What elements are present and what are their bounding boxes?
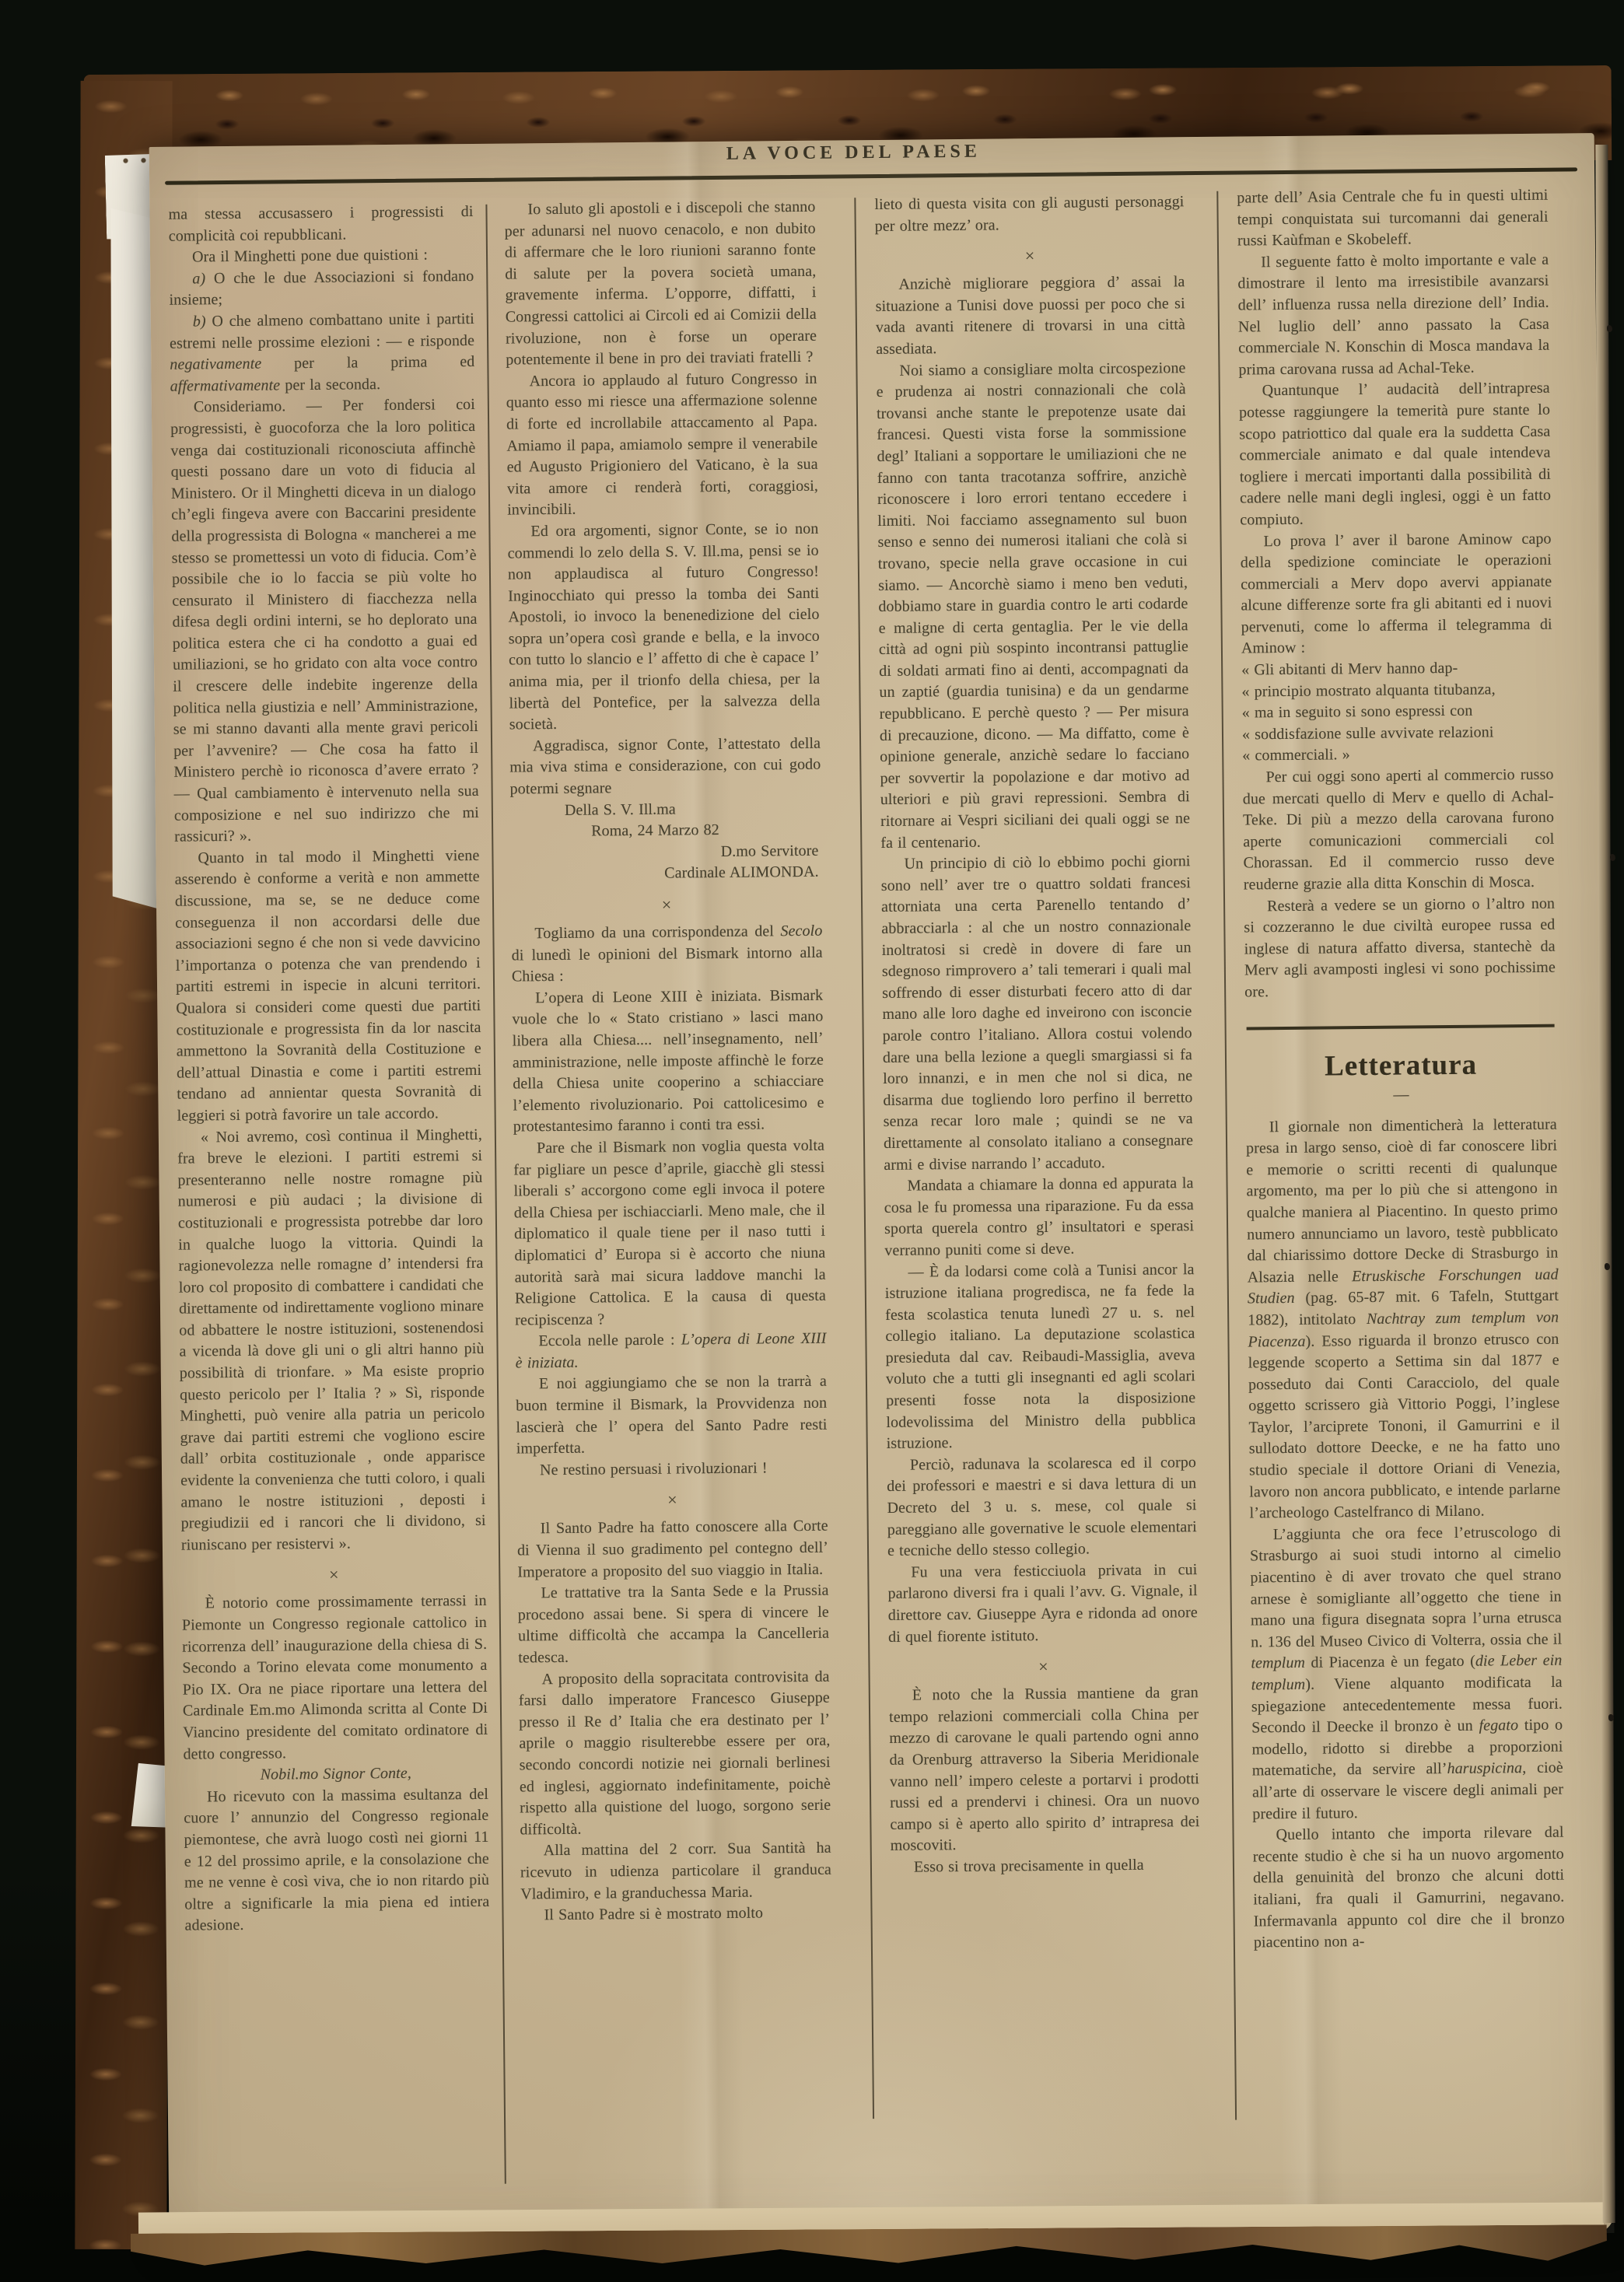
- paragraph: « Noi avremo, così continua il Minghetti…: [177, 1124, 486, 1556]
- paragraph: Ho ricevuto con la massima esultanza del…: [184, 1784, 490, 1937]
- telegram-line: « commerciali. »: [1242, 743, 1553, 767]
- paragraph: Mandata a chiamare la donna ed appurata …: [884, 1173, 1194, 1262]
- paragraph: Perciò, radunava la scolaresca ed il cor…: [887, 1452, 1197, 1563]
- text-column-4: parte dell’ Asia Centrale che fu in ques…: [1237, 185, 1565, 1954]
- letter-line: Della S. V. Ill.ma: [510, 797, 821, 821]
- paragraph: Per cui oggi sono aperti al commercio ru…: [1242, 765, 1555, 896]
- paragraph: lieto di questa visita con gli augusti p…: [874, 191, 1185, 237]
- paragraph: Ne restino persuasi i rivoluzionari !: [516, 1458, 828, 1482]
- edge-speck: [1607, 325, 1612, 332]
- paragraph: Lo prova l’ aver il barone Aminow capo d…: [1240, 528, 1552, 660]
- telegram-line: « ma in seguito si sono espressi con: [1242, 700, 1553, 724]
- paragraph: Quello intanto che importa rilevare dal …: [1252, 1822, 1565, 1954]
- paragraph: — È da lodarsi come colà a Tunisi ancor …: [884, 1259, 1195, 1455]
- paragraph: Il Santo Padre si è mostrato molto: [520, 1902, 831, 1927]
- masthead-rule: [165, 167, 1577, 184]
- edge-speck: [1608, 1714, 1614, 1721]
- paragraph: Resterà a vedere se un giorno o l’altro …: [1244, 893, 1556, 1003]
- paragraph: a) O che le due Associazioni si fondano …: [169, 266, 474, 312]
- telegram-line: « Gli abitanti di Merv hanno dap-: [1241, 657, 1552, 681]
- paragraph: Il Santo Padre ha fatto conoscere alla C…: [517, 1516, 829, 1584]
- column-divider-rule: [1216, 191, 1237, 2120]
- heading-dash: —: [1245, 1084, 1556, 1104]
- paragraph: Ed ora argomenti, signor Conte, se io no…: [507, 519, 821, 737]
- text-column-2: Io saluto gli apostoli e i discepoli che…: [504, 197, 831, 1927]
- paragraph: È notorio come prossimamente terrassi in…: [182, 1591, 488, 1766]
- letter-dateline: Roma, 24 Marzo 82: [510, 819, 821, 843]
- edge-speck: [1610, 854, 1615, 861]
- paragraph: Ancora io applaudo al futuro Congresso i…: [506, 368, 818, 521]
- section-rule: [1247, 1024, 1555, 1030]
- paragraph: Consideriamo. — Per fondersi coi progres…: [170, 394, 480, 848]
- section-divider: ×: [181, 1563, 486, 1587]
- paragraph: Quantunque l’ audacità dell’intrapresa p…: [1239, 378, 1552, 531]
- section-divider: ×: [875, 244, 1185, 268]
- letter-salutation: Nobil.mo Signor Conte,: [184, 1762, 488, 1787]
- edge-speck: [1605, 1263, 1610, 1270]
- section-divider: ×: [516, 1489, 828, 1512]
- masthead-title: LA VOCE DEL PAESE: [726, 142, 913, 165]
- paragraph: L’opera di Leone XIII è iniziata. Bismar…: [512, 985, 824, 1138]
- paragraph: parte dell’ Asia Centrale che fu in ques…: [1237, 185, 1549, 253]
- paragraph: Eccola nelle parole : L’opera di Leone X…: [515, 1328, 827, 1374]
- section-divider: ×: [511, 894, 822, 917]
- letteratura-heading: Letteratura: [1245, 1047, 1556, 1084]
- paragraph: Alla mattina del 2 corr. Sua Santità ha …: [520, 1838, 832, 1906]
- text-column-1: ma stessa accusassero i progressisti di …: [168, 201, 489, 1937]
- paragraph: Un principio di ciò lo ebbimo pochi gior…: [880, 851, 1193, 1176]
- paragraph: Il giornale non dimenticherà la letterat…: [1246, 1114, 1561, 1524]
- paragraph: ma stessa accusassero i progressisti di …: [168, 201, 474, 247]
- letter-signoff: D.mo Servitore: [510, 841, 821, 865]
- paragraph: A proposito della sopracitata controvisi…: [518, 1666, 831, 1841]
- paragraph: Ora il Minghetti pone due quistioni :: [169, 244, 474, 268]
- paragraph: Anzichè migliorare peggiora d’ assai la …: [875, 271, 1185, 360]
- paragraph: E noi aggiungiamo che se non la trarrà a…: [516, 1371, 828, 1460]
- paragraph: Fu una vera festicciuola privata in cui …: [887, 1559, 1198, 1648]
- paragraph: L’aggiunta che ora fece l’etruscologo di…: [1250, 1521, 1564, 1825]
- newspaper-sheet: LA VOCE DEL PAESE ma stessa accusassero …: [149, 133, 1615, 2247]
- telegram-line: « principio mostrato alquanta titubanza,: [1241, 678, 1552, 702]
- text-column-3: lieto di questa visita con gli augusti p…: [874, 191, 1200, 1878]
- letter-signature: Cardinale ALIMONDA.: [511, 862, 822, 886]
- telegram-line: « soddisfazione sulle avvivate relazioni: [1242, 722, 1553, 746]
- paragraph: È noto che la Russia mantiene da gran te…: [889, 1682, 1200, 1857]
- paragraph: Quanto in tal modo il Minghetti viene as…: [174, 845, 481, 1127]
- paragraph: Il seguente fatto è molto importante e v…: [1237, 249, 1550, 380]
- column-divider-rule: [854, 198, 874, 2119]
- paragraph: Aggradisca, signor Conte, l’attestato de…: [509, 733, 821, 801]
- paragraph: Le trattative tra la Santa Sede e la Pru…: [517, 1580, 829, 1669]
- paragraph: Noi siamo a consigliare molta circospezi…: [876, 358, 1190, 854]
- paragraph: b) O che almeno combattano unite i parti…: [170, 309, 475, 397]
- paragraph: Pare che il Bismark non voglia questa vo…: [513, 1136, 826, 1332]
- section-divider: ×: [888, 1655, 1198, 1678]
- paragraph: Esso si trova precisamente in quella: [891, 1854, 1200, 1878]
- paragraph: Io saluto gli apostoli e i discepoli che…: [504, 197, 817, 372]
- paragraph: Togliamo da una corrispondenza del Secol…: [511, 921, 823, 989]
- scanned-newspaper-photo: LA VOCE DEL PAESE ma stessa accusassero …: [0, 0, 1624, 2282]
